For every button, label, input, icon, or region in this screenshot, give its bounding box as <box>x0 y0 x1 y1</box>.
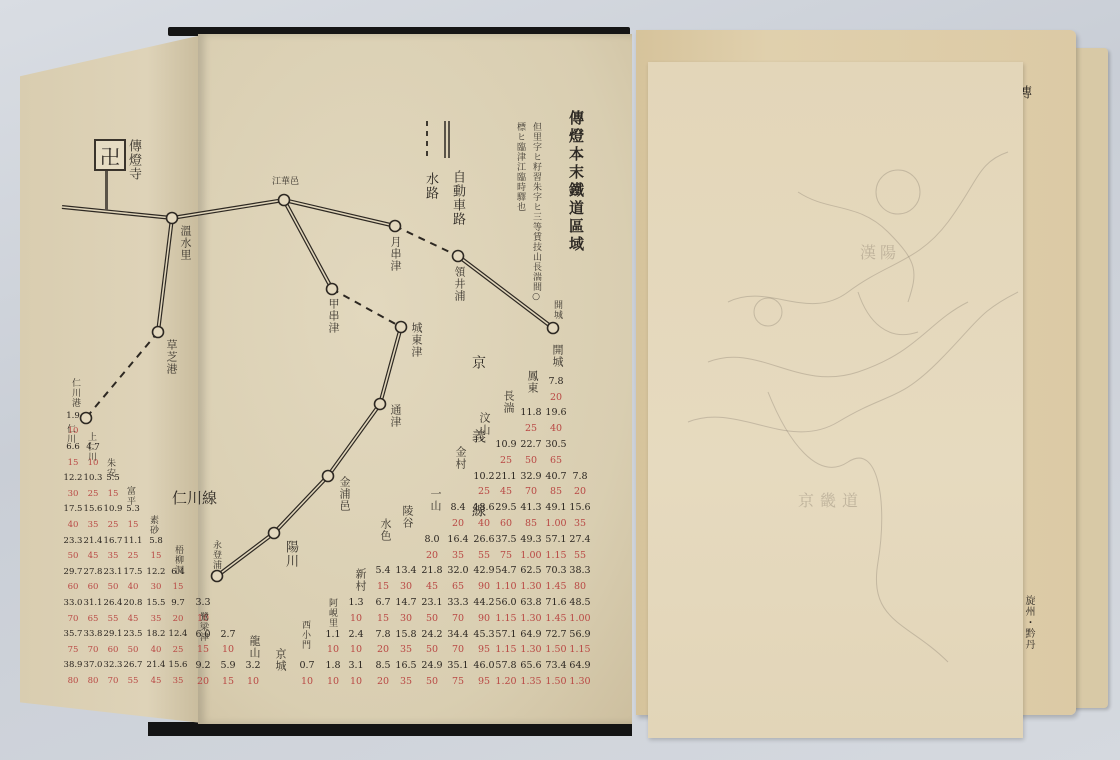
station-onsuri: 溫水里 <box>177 225 193 261</box>
fare-cell: 1.00 <box>545 518 566 529</box>
fare-cell: 24.9 <box>421 660 442 671</box>
fare-cell: 25 <box>173 645 184 655</box>
fare-cell: 1.15 <box>495 644 516 655</box>
fare-cell: 10.3 <box>84 473 103 483</box>
table-station-neunggok: 陵谷 <box>399 505 415 529</box>
fare-cell: 45 <box>426 581 438 592</box>
fare-cell: 10 <box>350 613 362 624</box>
fare-cell: 15 <box>108 489 119 499</box>
fare-cell: 1.10 <box>495 581 516 592</box>
fare-cell: 15 <box>173 582 184 592</box>
fare-cell: 56.0 <box>495 597 516 608</box>
fare-cell: 26.7 <box>124 660 143 670</box>
fare-cell: 15 <box>197 644 209 655</box>
fare-cell: 21.8 <box>421 565 442 576</box>
fare-cell: 65.6 <box>520 660 541 671</box>
landmark-label: 傳燈寺 <box>124 139 143 181</box>
fare-cell: 20 <box>574 486 586 497</box>
fare-cell: 71.6 <box>545 597 566 608</box>
fare-cell: 65 <box>88 614 99 624</box>
fare-cell: 25 <box>478 486 490 497</box>
fare-cell: 90 <box>478 613 490 624</box>
fare-cell: 3.3 <box>195 597 210 608</box>
fare-cell: 1.45 <box>545 581 566 592</box>
fare-cell: 20 <box>550 392 562 403</box>
fare-cell: 16.4 <box>447 534 468 545</box>
fare-cell: 15 <box>377 613 389 624</box>
fare-cell: 60 <box>88 582 99 592</box>
fare-cell: 72.7 <box>545 629 566 640</box>
table-station-susaek: 水色 <box>377 518 393 542</box>
fare-cell: 10 <box>247 676 259 687</box>
fare-cell: 5.9 <box>220 660 235 671</box>
fare-cell: 31.1 <box>84 598 103 608</box>
fare-cell: 20 <box>173 614 184 624</box>
table-station-ahyeonri: 阿峴里 <box>326 598 339 628</box>
fare-cell: 35.1 <box>447 660 468 671</box>
fare-cell: 35 <box>173 676 184 686</box>
fare-cell: 10.2 <box>473 471 494 482</box>
fare-cell: 10.9 <box>495 439 516 450</box>
table-station-incheon: 仁川 <box>64 424 77 444</box>
fare-cell: 1.00 <box>520 550 541 561</box>
fare-cell: 35.7 <box>64 629 83 639</box>
table-station-sosa: 素砂 <box>147 515 160 535</box>
fare-cell: 7.8 <box>375 629 390 640</box>
fare-cell: 63.8 <box>520 597 541 608</box>
fare-cell: 15.8 <box>395 629 416 640</box>
fare-cell: 20 <box>452 518 464 529</box>
fare-cell: 15 <box>128 520 139 530</box>
temple-signpost <box>105 170 108 210</box>
fare-cell: 1.00 <box>569 613 590 624</box>
fare-cell: 20 <box>426 550 438 561</box>
fare-cell: 20 <box>197 676 209 687</box>
fare-cell: 18.6 <box>473 502 494 513</box>
fare-cell: 75 <box>500 550 512 561</box>
fare-cell: 30 <box>68 489 79 499</box>
map-note-1: 但里字ヒ籽習朱字ヒ三等賃技山長湍間○ <box>530 122 542 303</box>
line-header-incheon: 仁川線 <box>172 487 217 508</box>
fare-cell: 44.2 <box>473 597 494 608</box>
fare-cell: 21.4 <box>84 536 103 546</box>
fare-cell: 15.5 <box>147 598 166 608</box>
fare-cell: 64.9 <box>569 660 590 671</box>
fare-cell: 10 <box>350 644 362 655</box>
fare-cell: 35 <box>400 676 412 687</box>
table-station-bupyeong: 富平 <box>124 486 137 506</box>
fare-cell: 2.4 <box>348 629 363 640</box>
fare-cell: 11.8 <box>520 407 541 418</box>
station-yeongjeongpo: 領井浦 <box>451 266 467 302</box>
station-kaesong: 開城 <box>551 300 564 320</box>
fare-cell: 29.7 <box>64 567 83 577</box>
fare-cell: 1.8 <box>325 660 340 671</box>
fare-cell: 40 <box>128 582 139 592</box>
ghost-map-icon <box>648 62 1023 738</box>
fare-cell: 23.5 <box>124 629 143 639</box>
fare-cell: 15 <box>377 581 389 592</box>
fare-cell: 32.0 <box>447 565 468 576</box>
fare-cell: 80 <box>68 676 79 686</box>
fare-cell: 70 <box>88 645 99 655</box>
fare-cell: 16.5 <box>395 660 416 671</box>
legend-waterway-label: 水路 <box>421 172 440 200</box>
fare-cell: 17.5 <box>124 567 143 577</box>
fare-cell: 70 <box>452 613 464 624</box>
fare-cell: 37.5 <box>495 534 516 545</box>
table-station-kaesong-end: 開城 <box>549 344 565 368</box>
fare-cell: 57.1 <box>545 534 566 545</box>
map-note-2: 標ヒ臨津江臨時驛也 <box>514 122 526 212</box>
fare-cell: 17.5 <box>64 504 83 514</box>
legend-road-label: 自動車路 <box>448 170 467 226</box>
fare-cell: 29.1 <box>104 629 123 639</box>
fare-cell: 62.5 <box>520 565 541 576</box>
fare-cell: 7.8 <box>548 376 563 387</box>
fare-cell: 70 <box>108 676 119 686</box>
map-title: 傳燈本末鐵道區域 <box>566 110 587 254</box>
fare-cell: 2.7 <box>220 629 235 640</box>
fare-cell: 26.4 <box>104 598 123 608</box>
fare-cell: 45.3 <box>473 629 494 640</box>
fare-cell: 15 <box>68 458 79 468</box>
fare-cell: 22.7 <box>520 439 541 450</box>
fare-cell: 1.30 <box>520 581 541 592</box>
station-incheon-port: 仁川港 <box>69 378 82 408</box>
fare-cell: 25 <box>500 455 512 466</box>
fare-cell: 42.9 <box>473 565 494 576</box>
fare-cell: 80 <box>88 676 99 686</box>
fare-cell: 16.7 <box>104 536 123 546</box>
fare-cell: 55 <box>478 550 490 561</box>
fare-cell: 23.1 <box>421 597 442 608</box>
fare-cell: 50 <box>426 644 438 655</box>
fare-cell: 20.8 <box>124 598 143 608</box>
fare-cell: 55 <box>574 550 586 561</box>
fare-cell: 60 <box>68 582 79 592</box>
fare-cell: 23.3 <box>64 536 83 546</box>
fare-cell: 50 <box>108 582 119 592</box>
fare-cell: 1.3 <box>348 597 363 608</box>
fare-cell: 35 <box>574 518 586 529</box>
fare-cell: 26.6 <box>473 534 494 545</box>
fare-cell: 1.15 <box>545 550 566 561</box>
station-gimpo: 金浦邑 <box>336 476 352 512</box>
fare-cell: 15.6 <box>169 660 188 670</box>
fare-cell: 70 <box>525 486 537 497</box>
fare-cell: 55 <box>128 676 139 686</box>
fare-cell: 1.30 <box>569 676 590 687</box>
station-chojihang: 草芝港 <box>163 339 179 375</box>
fare-cell: 11.1 <box>124 536 143 546</box>
fare-cell: 41.3 <box>520 502 541 513</box>
fare-cell: 1.30 <box>520 644 541 655</box>
fare-cell: 1.20 <box>495 676 516 687</box>
fare-cell: 20 <box>377 676 389 687</box>
fare-cell: 65 <box>452 581 464 592</box>
table-station-bongdong: 鳳東 <box>524 370 540 394</box>
fare-cell: 49.3 <box>520 534 541 545</box>
fare-cell: 85 <box>525 518 537 529</box>
fare-cell: 25 <box>88 489 99 499</box>
fare-cell: 1.9 <box>66 411 80 421</box>
ghost-map-label-2: 京畿道 <box>798 488 864 511</box>
fare-cell: 10.9 <box>104 504 123 514</box>
fare-cell: 75 <box>68 645 79 655</box>
fare-cell: 30.5 <box>545 439 566 450</box>
fare-cell: 33.0 <box>64 598 83 608</box>
fare-cell: 95 <box>478 676 490 687</box>
fare-cell: 1.50 <box>545 676 566 687</box>
fare-cell: 25 <box>525 423 537 434</box>
fare-cell: 45 <box>88 551 99 561</box>
fare-cell: 65 <box>550 455 562 466</box>
fare-cell: 85 <box>550 486 562 497</box>
fare-cell: 34.4 <box>447 629 468 640</box>
fare-cell: 23.1 <box>104 567 123 577</box>
table-station-sanginchon: 上仁川 <box>85 432 98 462</box>
fare-cell: 40.7 <box>545 471 566 482</box>
fare-cell: 37.0 <box>84 660 103 670</box>
fare-cell: 27.4 <box>569 534 590 545</box>
fare-cell: 50 <box>128 645 139 655</box>
fare-cell: 60 <box>108 645 119 655</box>
table-station-munsan: 汶山 <box>476 412 492 436</box>
fare-cell: 30 <box>400 581 412 592</box>
station-gapgotjin: 甲串津 <box>325 298 341 334</box>
fare-cell: 24.2 <box>421 629 442 640</box>
fare-cell: 21.4 <box>147 660 166 670</box>
fare-cell: 50 <box>525 455 537 466</box>
fare-cell: 9.2 <box>195 660 210 671</box>
fare-cell: 12.4 <box>169 629 188 639</box>
fare-cell: 54.7 <box>495 565 516 576</box>
fare-cell: 45 <box>128 614 139 624</box>
fare-cell: 38.9 <box>64 660 83 670</box>
fare-cell: 35 <box>400 644 412 655</box>
table-station-juan: 朱安 <box>104 458 117 478</box>
fare-cell: 40 <box>550 423 562 434</box>
fare-cell: 21.1 <box>495 471 516 482</box>
fare-cell: 9.7 <box>171 598 185 608</box>
fare-cell: 10 <box>327 644 339 655</box>
fare-cell: 25 <box>108 520 119 530</box>
footer-note-1: 旋州・黔丹 <box>1021 595 1036 650</box>
fare-cell: 46.0 <box>473 660 494 671</box>
fare-cell: 32.3 <box>104 660 123 670</box>
fare-cell: 45 <box>500 486 512 497</box>
fare-cell: 6.7 <box>375 597 390 608</box>
temple-swastika-icon: 卍 <box>94 139 126 171</box>
fare-cell: 5.8 <box>149 536 163 546</box>
station-yeongdeungpo: 永登浦 <box>210 540 223 570</box>
station-ganghwa: 江華邑 <box>272 174 299 187</box>
fare-cell: 1.1 <box>325 629 340 640</box>
station-wolgotjin: 月串津 <box>387 236 403 272</box>
fare-cell: 8.5 <box>375 660 390 671</box>
fare-cell: 27.8 <box>84 567 103 577</box>
fare-cell: 73.4 <box>545 660 566 671</box>
fare-cell: 8.0 <box>424 534 439 545</box>
fare-cell: 38.3 <box>569 565 590 576</box>
fare-cell: 56.9 <box>569 629 590 640</box>
fare-cell: 40 <box>68 520 79 530</box>
fare-cell: 13.4 <box>395 565 416 576</box>
table-station-gyeongseong: 京城 <box>272 648 288 672</box>
fare-cell: 10 <box>350 676 362 687</box>
fare-cell: 15.6 <box>84 504 103 514</box>
fare-cell: 60 <box>500 518 512 529</box>
station-tongjin: 通津 <box>387 404 403 428</box>
fare-cell: 15 <box>222 676 234 687</box>
fare-cell: 35 <box>151 614 162 624</box>
fare-cell: 50 <box>68 551 79 561</box>
fare-cell: 95 <box>478 644 490 655</box>
table-station-noryangjin: 鷺梁津 <box>197 612 210 642</box>
fare-cell: 55 <box>108 614 119 624</box>
fare-cell: 57.1 <box>495 629 516 640</box>
station-seongdongjin: 城東津 <box>408 322 424 358</box>
table-station-sinchon: 新村 <box>352 568 368 592</box>
ghost-map-label-1: 漢陽 <box>860 240 900 263</box>
fare-cell: 33.8 <box>84 629 103 639</box>
fare-cell: 14.7 <box>395 597 416 608</box>
fare-cell: 1.30 <box>520 613 541 624</box>
fare-cell: 3.1 <box>348 660 363 671</box>
fare-cell: 90 <box>478 581 490 592</box>
table-station-seosomun: 西小門 <box>299 620 312 650</box>
fare-cell: 15 <box>151 551 162 561</box>
fare-cell: 35 <box>88 520 99 530</box>
fare-cell: 70.3 <box>545 565 566 576</box>
fare-cell: 75 <box>452 676 464 687</box>
fare-cell: 5.4 <box>375 565 390 576</box>
fare-cell: 1.50 <box>545 644 566 655</box>
fare-cell: 12.2 <box>147 567 166 577</box>
fare-cell: 10 <box>301 676 313 687</box>
fare-cell: 25 <box>128 551 139 561</box>
fare-cell: 35 <box>452 550 464 561</box>
fare-cell: 1.45 <box>545 613 566 624</box>
fare-cell: 20 <box>377 644 389 655</box>
fare-cell: 29.5 <box>495 502 516 513</box>
fare-cell: 64.9 <box>520 629 541 640</box>
fare-cell: 8.4 <box>450 502 465 513</box>
table-station-yongsan: 龍山 <box>246 635 262 659</box>
table-station-jangdan: 長湍 <box>500 390 516 414</box>
fare-cell: 70 <box>452 644 464 655</box>
fare-cell: 15.6 <box>569 502 590 513</box>
table-station-geumchon: 金村 <box>452 446 468 470</box>
fare-cell: 3.2 <box>245 660 260 671</box>
fare-cell: 1.15 <box>569 644 590 655</box>
fare-cell: 0.7 <box>299 660 314 671</box>
fare-cell: 1.35 <box>520 676 541 687</box>
fare-cell: 30 <box>151 582 162 592</box>
fare-cell: 30 <box>400 613 412 624</box>
fare-cell: 10 <box>327 676 339 687</box>
fare-cell: 12.2 <box>64 473 83 483</box>
fare-cell: 50 <box>426 613 438 624</box>
table-station-ilsan: 一山 <box>427 488 443 512</box>
table-station-oryudong: 梧柳洞 <box>172 545 185 575</box>
fare-cell: 57.8 <box>495 660 516 671</box>
fare-cell: 7.8 <box>572 471 587 482</box>
fare-cell: 19.6 <box>545 407 566 418</box>
fare-cell: 50 <box>426 676 438 687</box>
fare-cell: 32.9 <box>520 471 541 482</box>
fare-cell: 33.3 <box>447 597 468 608</box>
right-page-insert[interactable]: 漢陽 京畿道 <box>648 62 1023 738</box>
fare-cell: 18.2 <box>147 629 166 639</box>
fare-cell: 80 <box>574 581 586 592</box>
fare-cell: 40 <box>151 645 162 655</box>
fare-cell: 48.5 <box>569 597 590 608</box>
fare-cell: 10 <box>222 644 234 655</box>
station-yangcheon: 陽川 <box>281 540 300 568</box>
fare-cell: 1.15 <box>495 613 516 624</box>
fare-cell: 45 <box>151 676 162 686</box>
fare-cell: 35 <box>108 551 119 561</box>
fare-cell: 49.1 <box>545 502 566 513</box>
fare-cell: 70 <box>68 614 79 624</box>
fare-cell: 40 <box>478 518 490 529</box>
